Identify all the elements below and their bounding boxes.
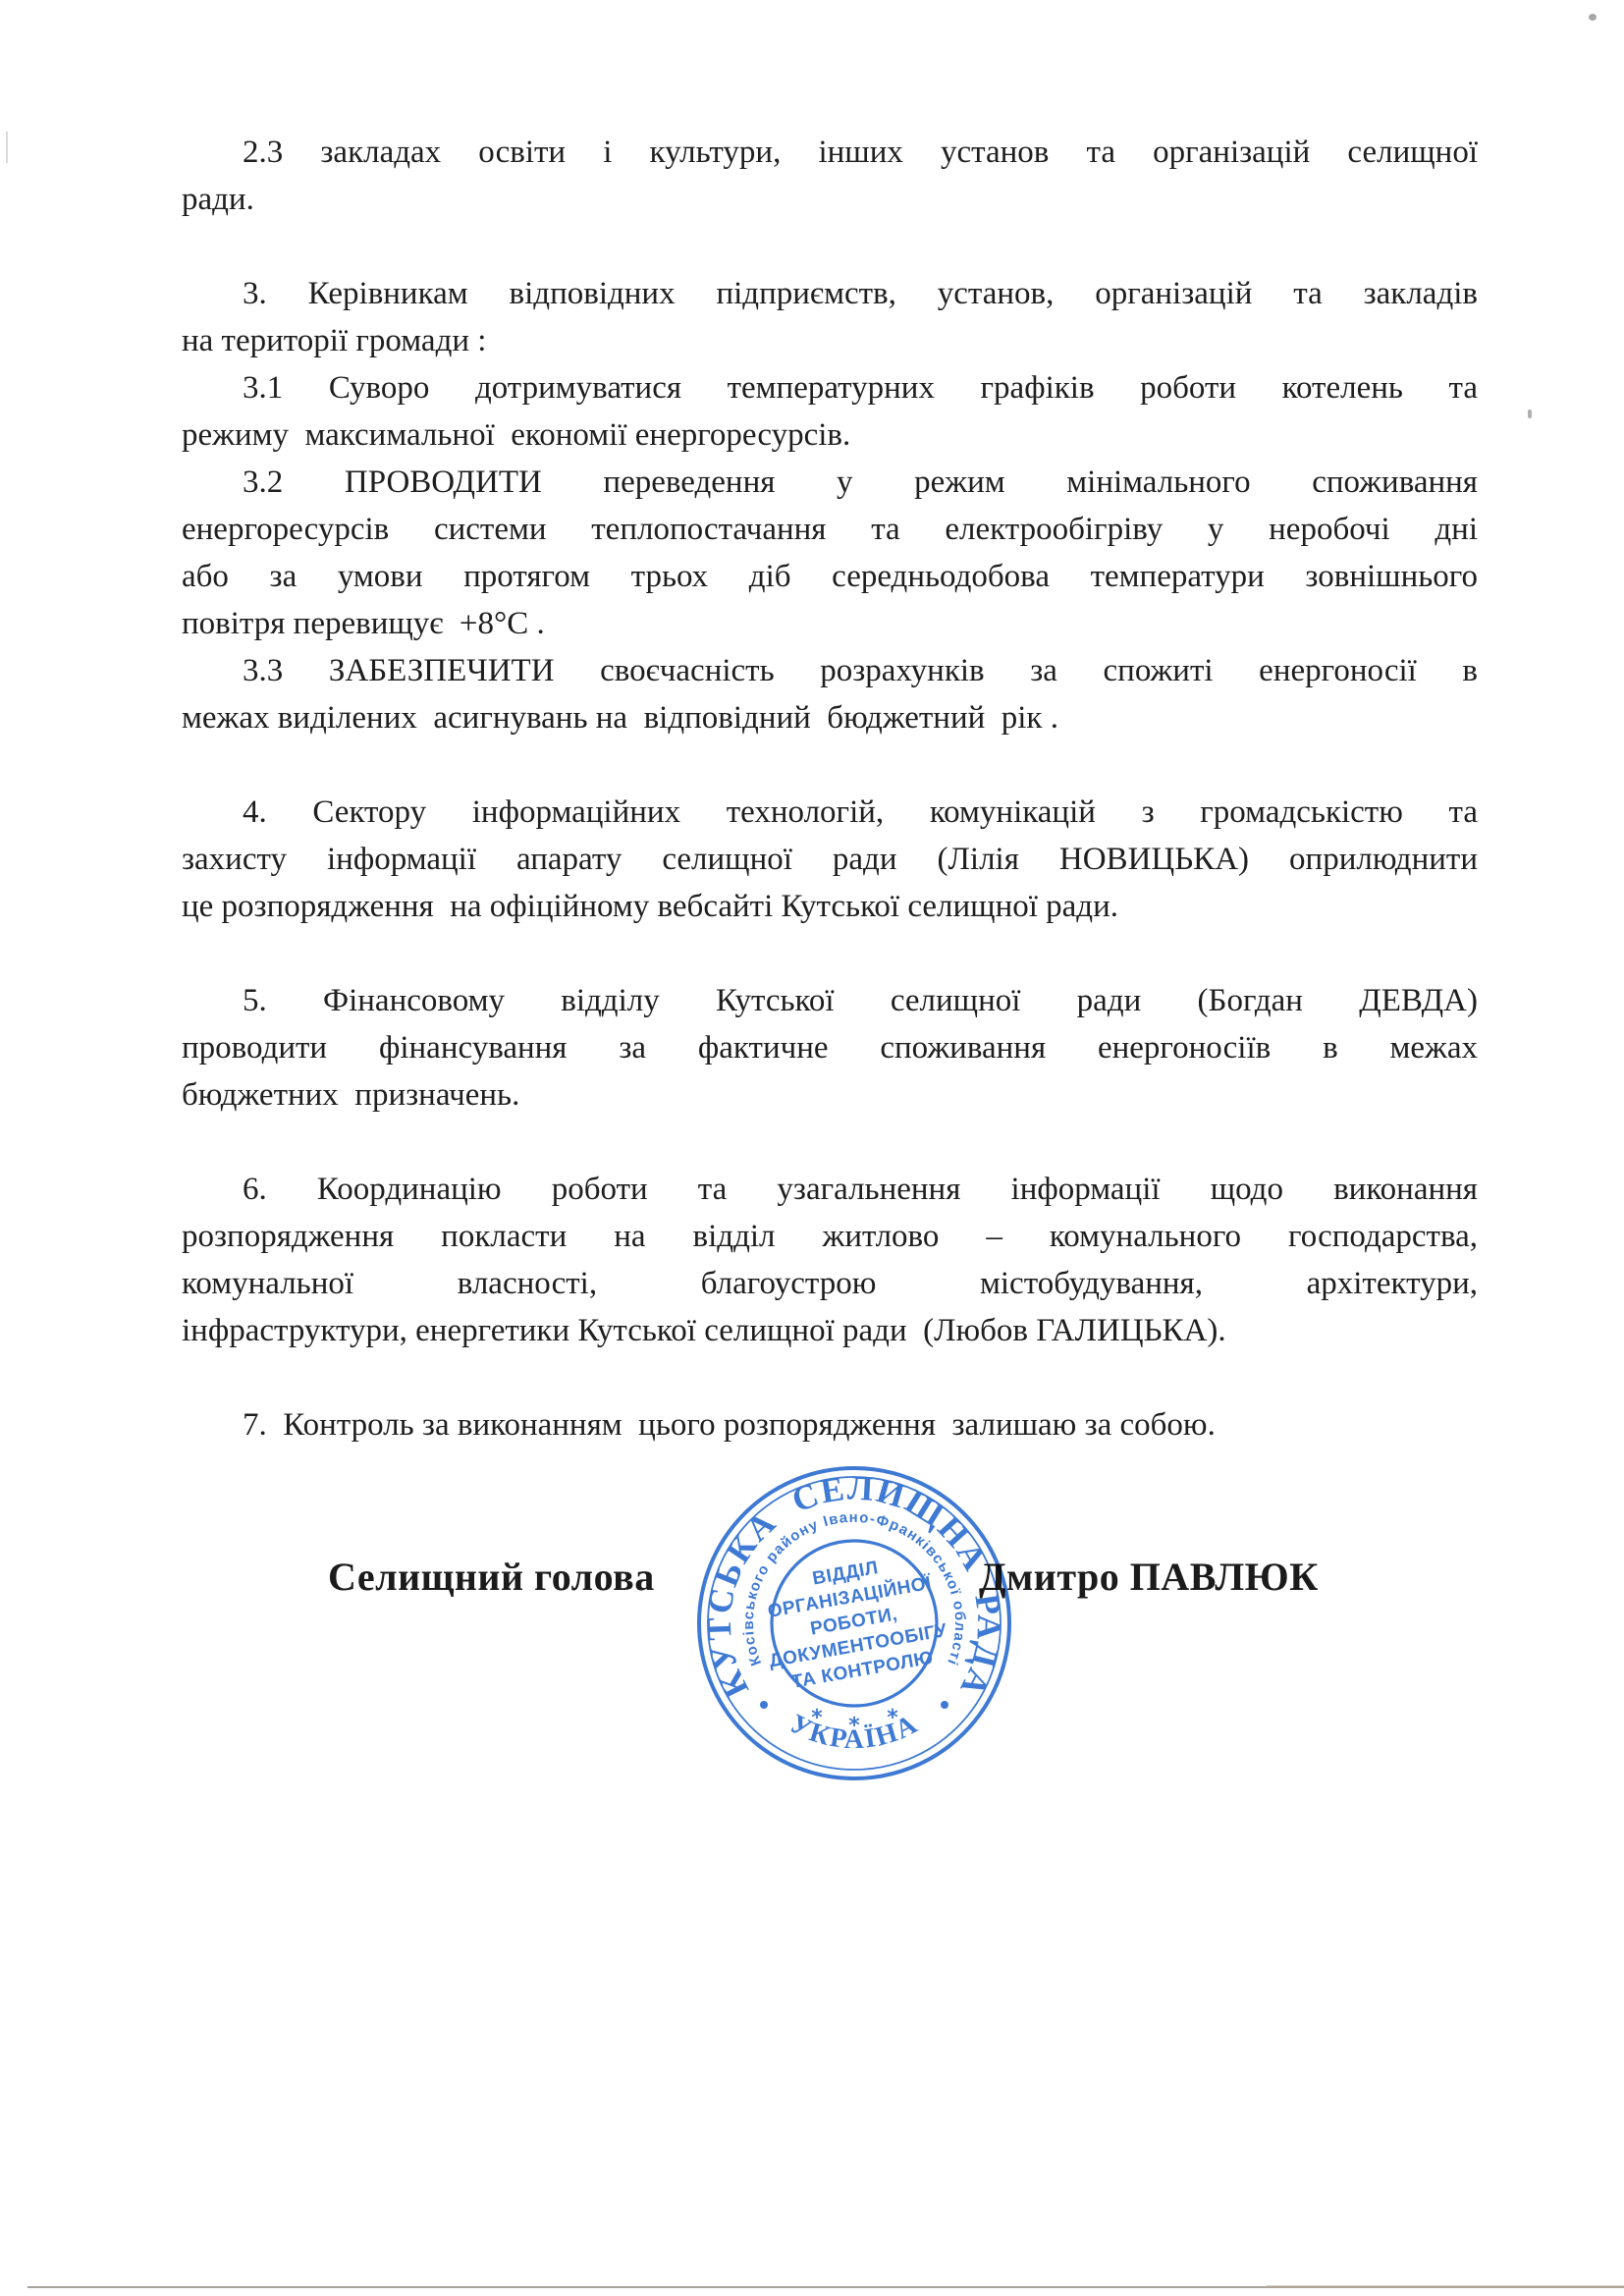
- signature-role-label: Селищний голова: [328, 1554, 655, 1600]
- paragraph: 3.2 ПРОВОДИТИ переведення у режим мініма…: [182, 459, 1478, 647]
- text-line: межах виділених асигнувань на відповідни…: [182, 694, 1478, 741]
- scan-artifact-speck: [1528, 410, 1532, 418]
- text-line: 3.1 Суворо дотримуватися температурних г…: [182, 364, 1478, 411]
- svg-text:*: *: [811, 1706, 823, 1730]
- text-line: 3. Керівникам відповідних підприємств, у…: [182, 270, 1478, 317]
- text-line: 7. Контроль за виконанням цього розпоряд…: [182, 1401, 1478, 1449]
- paragraph: 7. Контроль за виконанням цього розпоряд…: [182, 1401, 1478, 1449]
- text-line: або за умови протягом трьох діб середньо…: [182, 553, 1478, 600]
- paragraph: 5. Фінансовому відділу Кутської селищної…: [182, 977, 1478, 1119]
- text-line: 5. Фінансовому відділу Кутської селищної…: [182, 977, 1478, 1024]
- official-stamp: КУТСЬКА СЕЛИЩНА РАДА Косівського району …: [677, 1447, 1031, 1800]
- paragraph: 3.3 ЗАБЕЗПЕЧИТИ своєчасність розрахунків…: [182, 647, 1478, 741]
- stamp-center-text: ВІДДІЛ ОРГАНІЗАЦІЙНОЇ РОБОТИ, ДОКУМЕНТОО…: [755, 1548, 953, 1696]
- text-line: інфраструктури, енергетики Кутської сели…: [182, 1307, 1478, 1354]
- text-line: 2.3 закладах освіти і культури, інших ус…: [182, 129, 1478, 176]
- paragraph: 3.1 Суворо дотримуватися температурних г…: [182, 364, 1478, 459]
- paragraph: 4. Сектору інформаційних технологій, ком…: [182, 789, 1478, 930]
- text-block: 2.3 закладах освіти і культури, інших ус…: [182, 129, 1478, 1449]
- text-line: енергоресурсів системи теплопостачання т…: [182, 506, 1478, 553]
- scan-artifact-line: [1267, 2285, 1624, 2288]
- text-line: повітря перевищує +8°С .: [182, 600, 1478, 647]
- text-line: захисту інформації апарату селищної ради…: [182, 836, 1478, 883]
- scan-artifact-scratch: [6, 132, 8, 163]
- text-line: режиму максимальної економії енергоресур…: [182, 411, 1478, 459]
- paragraph: 2.3 закладах освіти і культури, інших ус…: [182, 129, 1478, 223]
- paragraph: 3. Керівникам відповідних підприємств, у…: [182, 270, 1478, 364]
- scanned-document-page: 2.3 закладах освіти і культури, інших ус…: [0, 0, 1624, 2296]
- text-line: на території громади :: [182, 317, 1478, 364]
- text-line: ради.: [182, 176, 1478, 223]
- text-line: це розпорядження на офіційному вебсайті …: [182, 883, 1478, 930]
- text-line: комунальної власності, благоустрою місто…: [182, 1260, 1478, 1307]
- text-line: 4. Сектору інформаційних технологій, ком…: [182, 789, 1478, 836]
- text-line: 3.3 ЗАБЕЗПЕЧИТИ своєчасність розрахунків…: [182, 647, 1478, 694]
- text-line: 3.2 ПРОВОДИТИ переведення у режим мініма…: [182, 459, 1478, 506]
- text-line: бюджетних призначень.: [182, 1071, 1478, 1119]
- svg-text:*: *: [887, 1706, 898, 1730]
- svg-text:*: *: [848, 1714, 860, 1738]
- text-line: проводити фінансування за фактичне спожи…: [182, 1024, 1478, 1071]
- text-line: розпорядження покласти на відділ житлово…: [182, 1213, 1478, 1260]
- paragraph: 6. Координацію роботи та узагальнення ін…: [182, 1166, 1478, 1354]
- scan-artifact-speck: [1589, 14, 1597, 21]
- text-line: 6. Координацію роботи та узагальнення ін…: [182, 1166, 1478, 1213]
